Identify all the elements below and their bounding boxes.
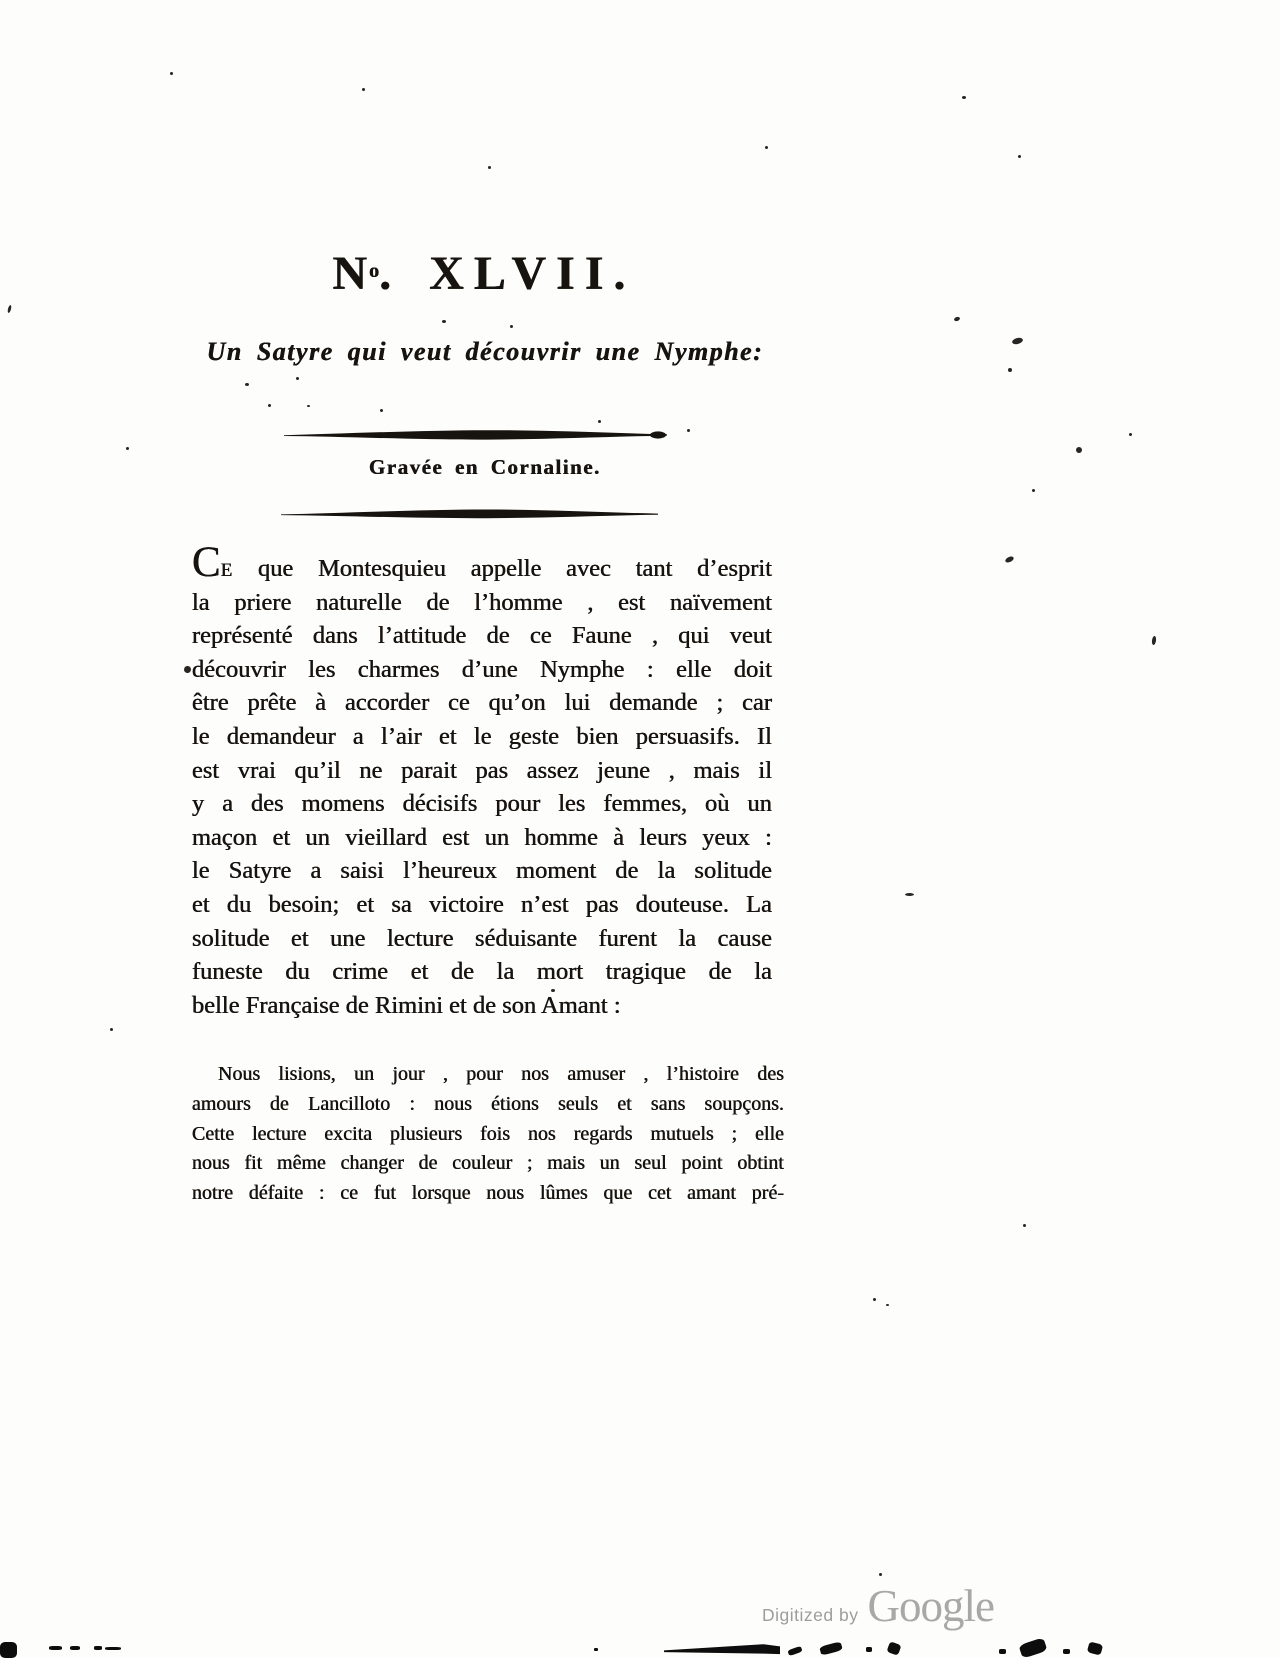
material-caption: Gravée en Cornaline.: [190, 455, 780, 480]
page-edge-mark: [1018, 1637, 1047, 1658]
page-edge-mark: [886, 1641, 901, 1655]
text-line: Nous lisions, un jour , pour nos amuser …: [192, 1060, 784, 1090]
text-line: Cette lecture excita plusieurs fois nos …: [192, 1120, 784, 1150]
heading-number-prefix: No.: [332, 250, 391, 298]
text-line: y a des momens décisifs pour les femmes,…: [192, 787, 772, 821]
google-logo: Google: [867, 1580, 993, 1632]
dropcap-smallcap: E: [221, 560, 234, 581]
text-line: le demandeur a l’air et le geste bien pe…: [192, 720, 772, 754]
scan-speck: [1151, 636, 1156, 645]
page-edge-mark: [819, 1641, 843, 1655]
text-line: maçon et un vieillard est un homme à leu…: [192, 821, 772, 855]
page-edge-mark: [787, 1646, 802, 1656]
scan-speck: [7, 305, 12, 314]
heading-period: .: [379, 247, 391, 300]
scan-speck: [442, 320, 446, 323]
google-watermark: Digitized by Google: [762, 1580, 994, 1632]
page-edge-mark: [94, 1646, 102, 1650]
scan-speck: [1004, 555, 1014, 563]
scan-speck: [873, 1298, 876, 1301]
digitized-by-label: Digitized by: [762, 1605, 858, 1626]
main-paragraph: CE que Montesquieu appelle avec tant d’e…: [192, 552, 772, 1022]
page-edge-mark: [105, 1647, 121, 1650]
page-edge-mark: [1087, 1641, 1103, 1655]
quote-paragraph: Nous lisions, un jour , pour nos amuser …: [192, 1060, 784, 1209]
text-line: solitude et une lecture séduisante furen…: [192, 922, 772, 956]
page-edge-mark: [70, 1646, 80, 1650]
text-line: funeste du crime et de la mort tragique …: [192, 955, 772, 989]
scan-speck: [687, 429, 690, 432]
scan-speck: [245, 383, 249, 386]
swelled-rule-top: [284, 429, 668, 441]
first-line-text: que Montesquieu appelle avec tant d’espr…: [258, 555, 772, 582]
scan-speck: [380, 409, 383, 412]
scan-speck: [1008, 368, 1012, 372]
scan-speck: [268, 404, 271, 407]
paragraph-lines: la priere naturelle de l’homme , est naï…: [192, 586, 772, 1023]
page-edge-mark: [594, 1648, 598, 1651]
scan-speck: [765, 146, 768, 149]
scan-speck: [879, 1573, 882, 1576]
page-edge-mark: [866, 1647, 872, 1652]
page-edge-mark: [999, 1649, 1006, 1654]
scan-speck: [886, 1304, 889, 1306]
scan-speck: [1076, 447, 1082, 453]
engraving-subtitle: Un Satyre qui veut découvrir une Nymphe:: [160, 337, 810, 367]
scan-speck: [510, 325, 513, 328]
scan-speck: [1032, 489, 1035, 492]
chapter-heading: No. XLVII.: [186, 250, 782, 298]
scan-speck: [170, 72, 173, 75]
scan-speck: [362, 88, 365, 91]
text-line: nous fit même changer de couleur ; mais …: [192, 1149, 784, 1179]
scan-speck: [1018, 155, 1021, 158]
text-line: la priere naturelle de l’homme , est naï…: [192, 586, 772, 620]
dropcap-initial: C: [192, 539, 221, 586]
page-edge-mark: [0, 1642, 17, 1658]
text-line: notre défaite : ce fut lorsque nous lûme…: [192, 1179, 784, 1209]
text-line: représenté dans l’attitude de ce Faune ,…: [192, 619, 772, 653]
scan-speck: [905, 893, 914, 896]
text-line: être prête à accorder ce qu’on lui deman…: [192, 686, 772, 720]
page-edge-mark: [1063, 1649, 1070, 1654]
scan-speck: [551, 989, 555, 992]
scan-speck: [126, 447, 129, 450]
scan-speck: [183, 665, 191, 673]
scan-speck: [1011, 337, 1023, 346]
heading-superscript: o: [369, 260, 379, 282]
text-line: amours de Lancilloto : nous étions seuls…: [192, 1090, 784, 1120]
page-edge-streak: [664, 1644, 780, 1655]
scan-speck: [1129, 433, 1132, 436]
text-line: belle Française de Rimini et de son Aman…: [192, 989, 772, 1023]
scan-speck: [1023, 1224, 1026, 1227]
text-line: découvrir les charmes d’une Nymphe : ell…: [192, 653, 772, 687]
scanned-book-page: No. XLVII. Un Satyre qui veut découvrir …: [0, 0, 1280, 1658]
page-edge-mark: [49, 1646, 62, 1650]
paragraph-first-line: CE que Montesquieu appelle avec tant d’e…: [192, 552, 772, 586]
text-line: est vrai qu’il ne parait pas assez jeune…: [192, 754, 772, 788]
text-line: le Satyre a saisi l’heureux moment de la…: [192, 854, 772, 888]
heading-roman-numeral: XLVII.: [429, 250, 635, 298]
scan-speck: [488, 166, 491, 169]
scan-speck: [296, 377, 299, 380]
scan-speck: [598, 420, 601, 423]
heading-letter: N: [332, 247, 367, 300]
scan-speck: [307, 405, 310, 407]
text-line: et du besoin; et sa victoire n’est pas d…: [192, 888, 772, 922]
scan-speck: [962, 96, 966, 99]
scan-speck: [110, 1028, 113, 1031]
scan-speck: [953, 316, 960, 322]
swelled-rule-bottom: [281, 508, 659, 520]
